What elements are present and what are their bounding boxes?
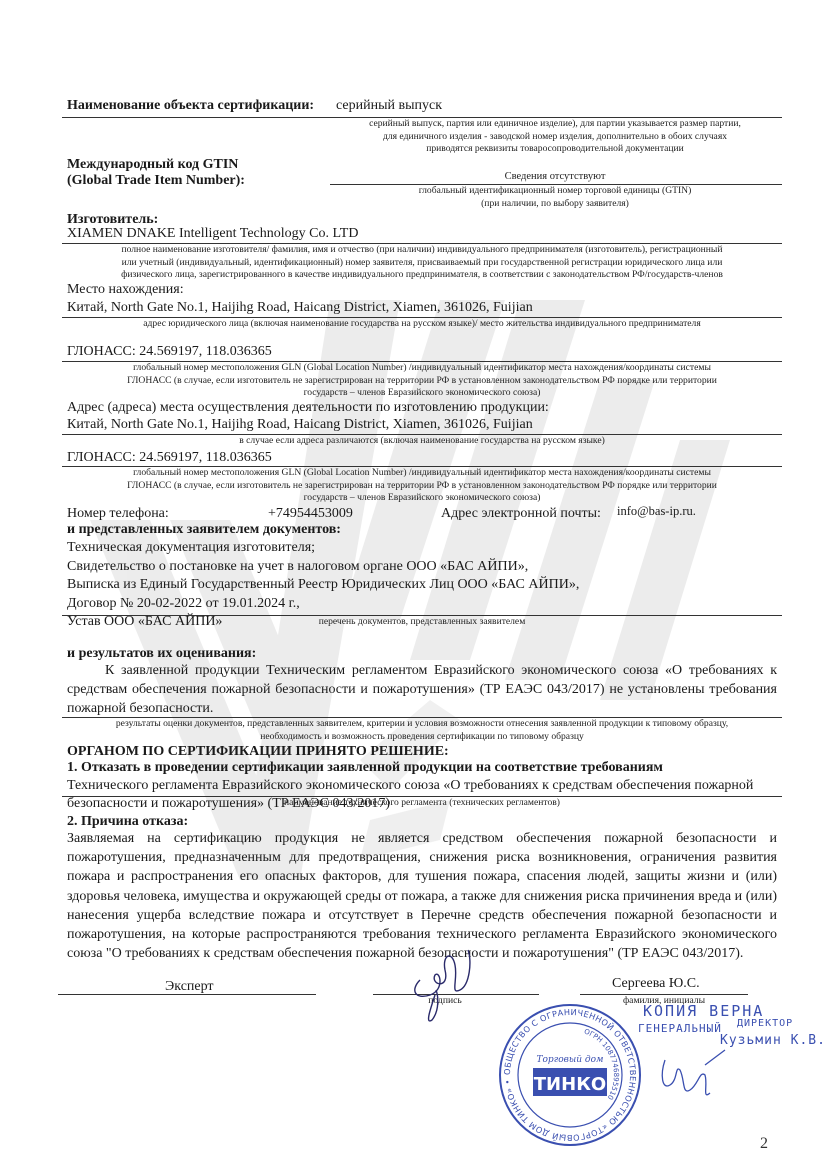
location-value: Китай, North Gate No.1, Haijihg Road, Ha… bbox=[67, 300, 533, 316]
gtin-hint: глобальный идентификационный номер торго… bbox=[330, 185, 780, 210]
phone-value: +74954453009 bbox=[268, 506, 353, 522]
document-item: Свидетельство о постановке на учет в нал… bbox=[67, 558, 667, 577]
gtin-label: Международный код GTIN bbox=[67, 157, 238, 173]
location-glonass-hint: глобальный номер местоположения GLN (Glo… bbox=[62, 362, 782, 400]
documents-hint: перечень документов, представленных заяв… bbox=[62, 616, 782, 629]
evaluation-label: и результатов их оценивания: bbox=[67, 646, 256, 662]
certification-object-hint: серийный выпуск, партия или единичное из… bbox=[330, 118, 780, 156]
signature-line bbox=[58, 994, 316, 995]
production-glonass-hint: глобальный номер местоположения GLN (Glo… bbox=[62, 467, 782, 505]
copy-verified-title-2: ДИРЕКТОР bbox=[737, 1018, 793, 1029]
gtin-value: Сведения отсутствуют bbox=[330, 171, 780, 184]
manufacturer-value: XIAMEN DNAKE Intelligent Technology Co. … bbox=[67, 226, 358, 242]
copy-verified-name: Кузьмин К.В. bbox=[720, 1033, 823, 1048]
evaluation-text: К заявленной продукции Техническим регла… bbox=[67, 661, 777, 718]
phone-label: Номер телефона: bbox=[67, 506, 169, 522]
signature-role: Эксперт bbox=[165, 979, 214, 995]
svg-text:Торговый дом: Торговый дом bbox=[537, 1055, 604, 1065]
email-label: Адрес электронной почты: bbox=[441, 506, 601, 522]
document-item: Договор № 20-02-2022 от 19.01.2024 г., bbox=[67, 595, 667, 614]
director-signature bbox=[650, 1045, 730, 1105]
page-number: 2 bbox=[760, 1135, 768, 1153]
decision-item2-title: 2. Причина отказа: bbox=[67, 814, 188, 830]
gtin-label-2: (Global Trade Item Number): bbox=[67, 173, 245, 189]
production-address-value: Китай, North Gate No.1, Haijihg Road, Ha… bbox=[67, 417, 533, 433]
location-hint: адрес юридического лица (включая наимено… bbox=[62, 318, 782, 331]
location-label: Место нахождения: bbox=[67, 282, 184, 298]
evaluation-hint: результаты оценки документов, представле… bbox=[62, 718, 782, 743]
email-value: info@bas-ip.ru. bbox=[617, 504, 696, 519]
copy-verified-title-1: ГЕНЕРАЛЬНЫЙ bbox=[638, 1022, 722, 1035]
location-glonass: ГЛОНАСС: 24.569197, 118.036365 bbox=[67, 344, 272, 360]
decision-item1-hint: наименование технического регламента (те… bbox=[62, 797, 782, 810]
decision-item1-title: 1. Отказать в проведении сертификации за… bbox=[67, 760, 663, 776]
certification-object-label: Наименование объекта сертификации: bbox=[67, 98, 314, 114]
svg-text:ТИНКО: ТИНКО bbox=[534, 1074, 606, 1095]
certification-object-value: серийный выпуск bbox=[336, 98, 442, 114]
production-address-label: Адрес (адреса) места осуществления деяте… bbox=[67, 400, 549, 416]
expert-signature bbox=[390, 940, 490, 1030]
manufacturer-hint: полное наименование изготовителя/ фамили… bbox=[62, 244, 782, 282]
document-item: Выписка из Единый Государственный Реестр… bbox=[67, 576, 667, 595]
certificate-page: Наименование объекта сертификации: серий… bbox=[0, 0, 823, 1164]
production-glonass: ГЛОНАСС: 24.569197, 118.036365 bbox=[67, 450, 272, 466]
document-item: Техническая документация изготовителя; bbox=[67, 539, 667, 558]
signature-name: Сергеева Ю.С. bbox=[612, 976, 700, 992]
documents-label: и представленных заявителем документов: bbox=[67, 522, 341, 538]
company-stamp: ОБЩЕСТВО С ОГРАНИЧЕННОЙ ОТВЕТСТВЕННОСТЬЮ… bbox=[495, 1000, 645, 1150]
decision-heading: ОРГАНОМ ПО СЕРТИФИКАЦИИ ПРИНЯТО РЕШЕНИЕ: bbox=[67, 744, 449, 760]
production-address-hint: в случае если адреса различаются (включа… bbox=[62, 435, 782, 448]
